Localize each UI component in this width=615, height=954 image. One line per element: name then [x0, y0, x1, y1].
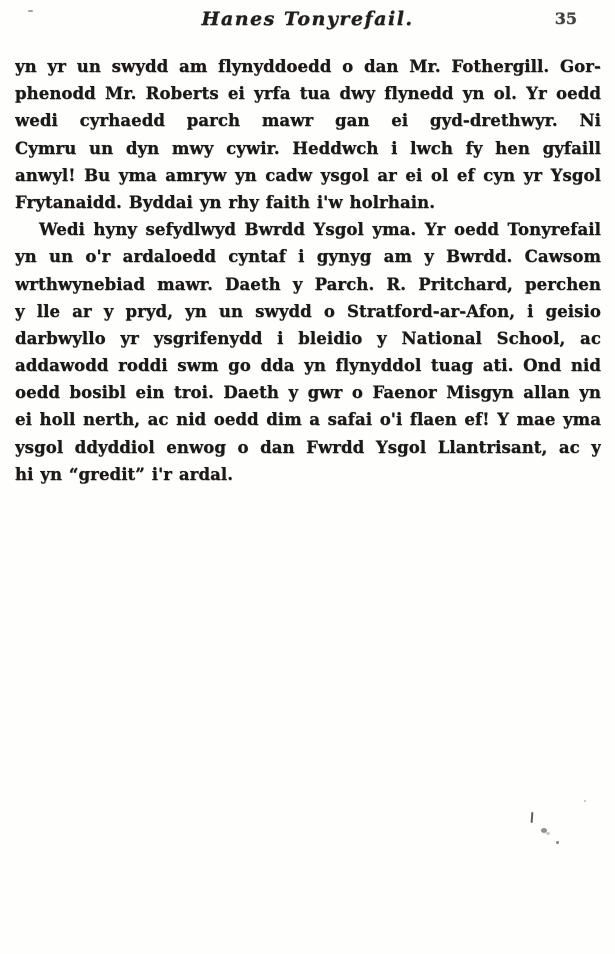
text-line: hi yn “gredit” i'r ardal. [15, 461, 601, 488]
text-line: ysgol ddyddiol enwog o dan Fwrdd Ysgol L… [15, 434, 601, 461]
text-line: wedi cyrhaedd parch mawr gan ei gyd-dret… [15, 107, 601, 134]
text-line: phenodd Mr. Roberts ei yrfa tua dwy flyn… [15, 80, 601, 107]
body-text: yn yr un swydd am flynyddoedd o dan Mr. … [15, 53, 601, 488]
text-line: addawodd roddi swm go dda yn flynyddol t… [15, 352, 601, 379]
running-title: Hanes Tonyrefail. [0, 8, 615, 30]
text-line: wrthwynebiad mawr. Daeth y Parch. R. Pri… [15, 271, 601, 298]
ink-smudge [531, 812, 534, 823]
paragraph-2: Wedi hyny sefydlwyd Bwrdd Ysgol yma. Yr … [15, 216, 601, 488]
text-line: Wedi hyny sefydlwyd Bwrdd Ysgol yma. Yr … [15, 216, 601, 243]
text-line: y lle ar y pryd, yn un swydd o Stratford… [15, 298, 601, 325]
text-line: yn un o'r ardaloedd cyntaf i gynyg am y … [15, 243, 601, 270]
text-line: ei holl nerth, ac nid oedd dim a safai o… [15, 406, 601, 433]
ink-smudge [28, 10, 33, 12]
text-line: Frytanaidd. Byddai yn rhy faith i'w holr… [15, 189, 601, 216]
text-line: yn yr un swydd am flynyddoedd o dan Mr. … [15, 53, 601, 80]
text-line: darbwyllo yr ysgrifenydd i bleidio y Nat… [15, 325, 601, 352]
page-header: Hanes Tonyrefail. 35 [0, 8, 615, 38]
ink-smudge [556, 841, 559, 844]
text-line: anwyl! Bu yma amryw yn cadw ysgol ar ei … [15, 162, 601, 189]
ink-smudge [584, 800, 586, 802]
text-line: Cymru un dyn mwy cywir. Heddwch i lwch f… [15, 135, 601, 162]
book-page-scan: Hanes Tonyrefail. 35 yn yr un swydd am f… [0, 0, 615, 954]
text-line: oedd bosibl ein troi. Daeth y gwr o Faen… [15, 379, 601, 406]
page-number: 35 [555, 9, 577, 28]
ink-smudge [541, 828, 547, 833]
paragraph-1: yn yr un swydd am flynyddoedd o dan Mr. … [15, 53, 601, 216]
